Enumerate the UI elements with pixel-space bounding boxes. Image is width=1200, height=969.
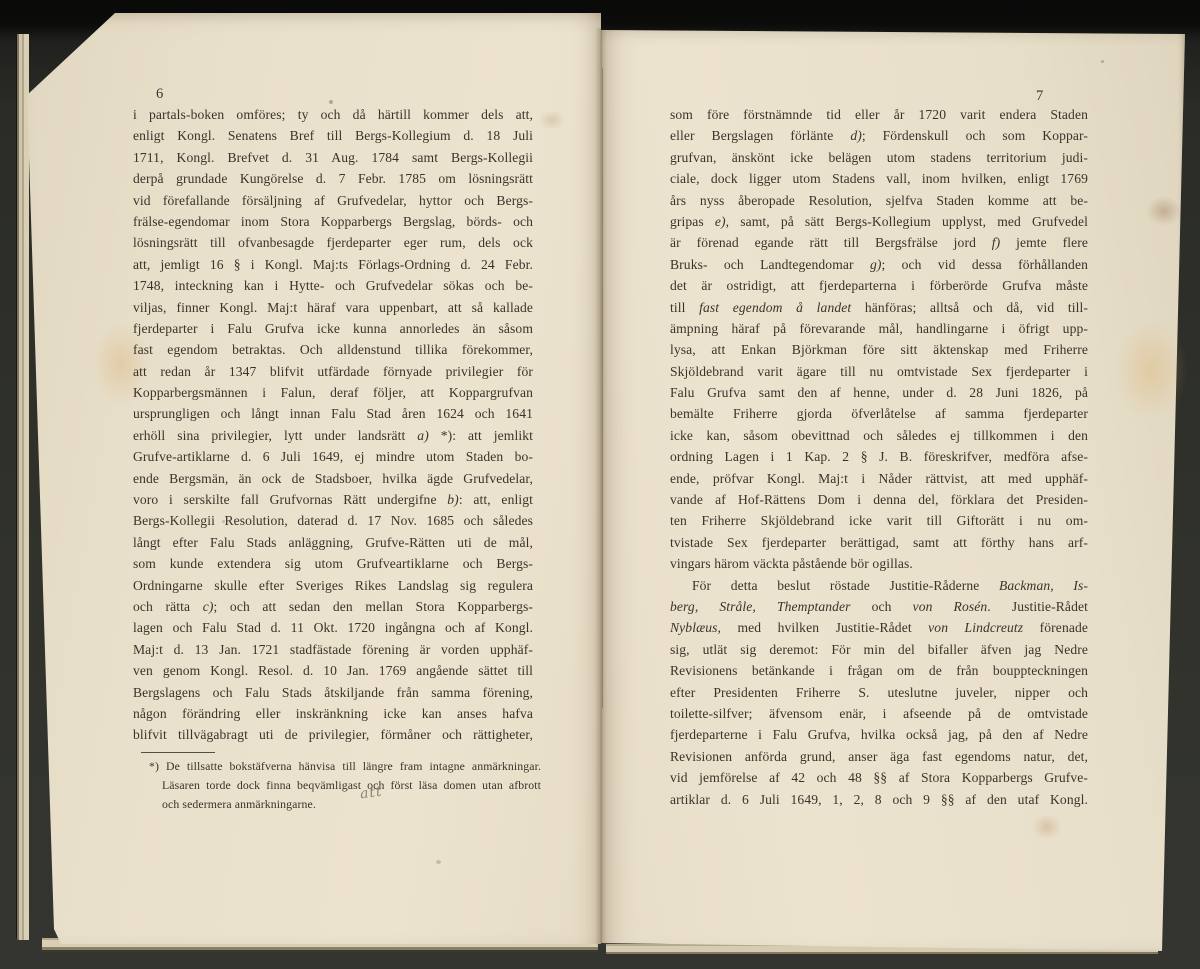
text-line: Bergs-Kollegii Resolution, daterad d. 17… — [133, 510, 533, 531]
left-page-number: 6 — [156, 86, 164, 103]
text-line: tvistade Sex fjerdeparter berättigad, sa… — [670, 532, 1088, 553]
text-line: frälse-egendomar inom Stora Kopparbergs … — [133, 211, 533, 232]
text-line: någon förändring eller inskränkning icke… — [133, 703, 533, 724]
text-line: Revisionens betänkande i frågan om de fr… — [670, 660, 1088, 681]
text-line: att redan år 1347 blifvit utfärdade förn… — [133, 361, 533, 382]
text-line: ämpning häraf på förevarande mål, handli… — [670, 318, 1088, 339]
text-line: Bergslagens och Falu Stads åtskiljande f… — [133, 682, 533, 703]
text-line: att, jemligt 16 § i Kongl. Maj:ts Förlag… — [133, 254, 533, 275]
text-line: ende, pröfvar Kongl. Maj:t i Nåder rättv… — [670, 468, 1088, 489]
text-line: För detta beslut röstade Justitie-Rådern… — [670, 575, 1088, 596]
text-line: det är ostridigt, att fjerdeparterna i f… — [670, 275, 1088, 296]
text-line: 1711, Kongl. Brefvet d. 31 Aug. 1784 sam… — [133, 147, 533, 168]
text-line: derpå grundade Kungörelse d. 7 Febr. 178… — [133, 168, 533, 189]
text-line: vingars härom väckta påstående bör ogill… — [670, 553, 1088, 574]
text-line: berg, Stråle, Themptander och von Rosén.… — [670, 596, 1088, 617]
text-line: viljas, finner Kongl. Maj:t häraf vara u… — [133, 297, 533, 318]
text-line: lösningsrätt till ofvanbesagde fjerdepar… — [133, 232, 533, 253]
text-line: ten Friherre Skjöldebrand icke varit til… — [670, 510, 1088, 531]
text-line: Grufve-artiklarne d. 6 Juli 1649, ej min… — [133, 446, 533, 467]
text-line: långt efter Falu Stads anläggning, Grufv… — [133, 532, 533, 553]
text-line: Skjöldebrand varit ägare till nu omtvist… — [670, 361, 1088, 382]
text-line: Maj:t d. 13 Jan. 1721 stadfästade föreni… — [133, 639, 533, 660]
text-line: och sedermera anmärkningarne. — [149, 795, 541, 814]
text-line: Falu Grufva samt den af henne, under d. … — [670, 382, 1088, 403]
text-line: vid förefallande försäljning af Grufvede… — [133, 190, 533, 211]
text-line: lysa, att Enkan Björkman före sitt äkten… — [670, 339, 1088, 360]
text-line: artiklar d. 6 Juli 1649, 1, 2, 8 och 9 §… — [670, 789, 1088, 810]
right-page-lines: som före förstnämnde tid eller år 1720 v… — [670, 104, 1088, 810]
text-line: Revisionen anförda grund, anser äga fast… — [670, 746, 1088, 767]
handwritten-annotation: att — [359, 784, 383, 803]
text-line: Kopparbergsmännen i Falun, deraf följer,… — [133, 382, 533, 403]
text-line: ordning Lagen i 1 Kap. 2 § J. B. föreskr… — [670, 446, 1088, 467]
text-line: eller Bergslagen förlänte d); Fördenskul… — [670, 125, 1088, 146]
text-line: gripas e), samt, på sätt Bergs-Kollegium… — [670, 211, 1088, 232]
text-line: erhöll sina privilegier, lytt under land… — [133, 425, 533, 446]
text-line: ursprungligen och långt innan Falu Stad … — [133, 403, 533, 424]
footnote-rule — [141, 752, 215, 753]
text-line: som kunde extendera sig utom Grufveartik… — [133, 553, 533, 574]
text-line: bemälte Friherre gjorda öfverlåtelse af … — [670, 403, 1088, 424]
text-line: till fast egendom å landet hänföras; all… — [670, 297, 1088, 318]
text-line: fjerdeparter i Falu Grufva icke kunna an… — [133, 318, 533, 339]
left-page-footnote-lines: *) De tillsatte bokstäfverna hänvisa til… — [149, 757, 541, 814]
text-line: ven genom Kongl. Resol. d. 10 Jan. 1769 … — [133, 660, 533, 681]
text-line: Ordningarne skulle efter Sveriges Rikes … — [133, 575, 533, 596]
text-line: ende Bergsmän, än ock de Stadsboer, hvil… — [133, 468, 533, 489]
text-line: och rätta c); och att sedan den mellan S… — [133, 596, 533, 617]
text-line: vande af Hof-Rättens Dom i denna del, fö… — [670, 489, 1088, 510]
text-line: efter Presidenten Friherre S. uteslutne … — [670, 682, 1088, 703]
text-line: toilette-silfver; äfvensom enär, i afsee… — [670, 703, 1088, 724]
text-line: Bruks- och Landtegendomar g); och vid de… — [670, 254, 1088, 275]
text-line: blifvit tillvägabragt uti de privilegier… — [133, 724, 533, 745]
text-line: ciale, dock ligger utom Stadens vall, in… — [670, 168, 1088, 189]
text-line: fjerdeparterne i Falu Grufva, hvilka ock… — [670, 724, 1088, 745]
page-edge-stack-left — [16, 34, 29, 940]
text-line: grufvan, änskönt icke belägen utom stade… — [670, 147, 1088, 168]
text-line: sig, utlät sig deremot: För min del bifa… — [670, 639, 1088, 660]
text-line: är förenad egande rätt till Bergsfrälse … — [670, 232, 1088, 253]
text-line: som före förstnämnde tid eller år 1720 v… — [670, 104, 1088, 125]
right-page-number: 7 — [1036, 88, 1044, 105]
text-line: fast egendom betraktas. Och alldenstund … — [133, 339, 533, 360]
text-line: *) De tillsatte bokstäfverna hänvisa til… — [149, 757, 541, 776]
text-line: års nyss åberopade Resolution, sjelfva S… — [670, 190, 1088, 211]
text-line: vid jemförelse af 42 och 48 §§ af Stora … — [670, 767, 1088, 788]
text-line: enligt Kongl. Senatens Bref till Bergs-K… — [133, 125, 533, 146]
text-line: Läsaren torde dock finna beqvämligast oc… — [149, 776, 541, 795]
text-line: lagen och Falu Stad d. 11 Okt. 1720 ingå… — [133, 617, 533, 638]
text-line: 1748, inteckning kan i Hytte- och Grufve… — [133, 275, 533, 296]
binding-crease — [595, 28, 607, 946]
left-page-lines: i partals-boken omföres; ty och då härti… — [133, 104, 533, 746]
text-line: Nyblæus, med hvilken Justitie-Rådet von … — [670, 617, 1088, 638]
book-scan-scene: 6 7 i partals-boken omföres; ty och då h… — [0, 0, 1200, 969]
text-line: voro i serskilte fall Grufvornas Rätt un… — [133, 489, 533, 510]
text-line: i partals-boken omföres; ty och då härti… — [133, 104, 533, 125]
text-line: icke kan, såsom obevittnad och således e… — [670, 425, 1088, 446]
